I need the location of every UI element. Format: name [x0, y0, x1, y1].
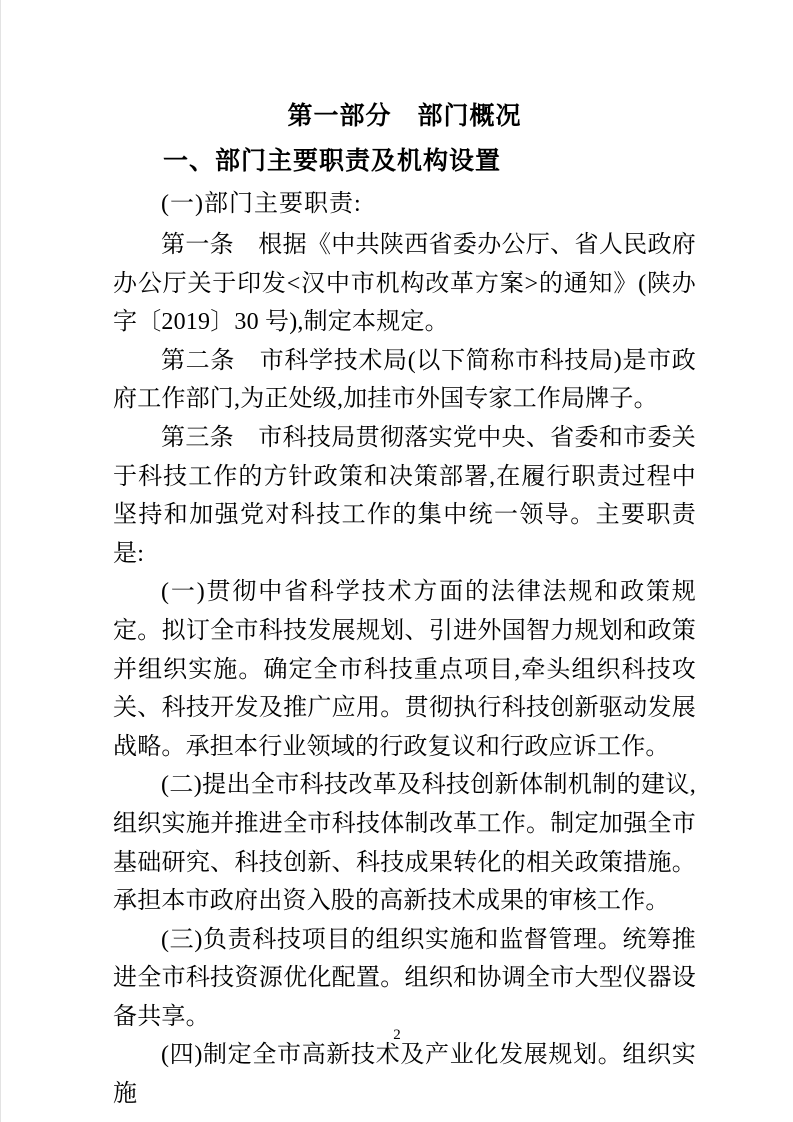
subsection-heading: (一)部门主要职责: — [113, 188, 696, 220]
body-paragraph: 第三条 市科技局贯彻落实党中央、省委和市委关于科技工作的方针政策和决策部署,在履… — [113, 419, 696, 573]
body-paragraph: (三)负责科技项目的组织实施和监督管理。统筹推进全市科技资源优化配置。组织和协调… — [113, 921, 696, 1037]
body-text: 第一条 根据《中共陕西省委办公厅、省人民政府办公厅关于印发<汉中市机构改革方案>… — [113, 226, 696, 1114]
body-paragraph: (一)贯彻中省科学技术方面的法律法规和政策规定。拟订全市科技发展规划、引进外国智… — [113, 573, 696, 766]
document-title: 第一部分 部门概况 — [113, 100, 696, 134]
page-number: 2 — [1, 1027, 793, 1044]
body-paragraph: 第一条 根据《中共陕西省委办公厅、省人民政府办公厅关于印发<汉中市机构改革方案>… — [113, 226, 696, 342]
document-content: 第一部分 部门概况 一、部门主要职责及机构设置 (一)部门主要职责: 第一条 根… — [113, 100, 696, 1114]
body-paragraph: (四)制定全市高新技术及产业化发展规划。组织实施 — [113, 1036, 696, 1113]
body-paragraph: 第二条 市科学技术局(以下简称市科技局)是市政府工作部门,为正处级,加挂市外国专… — [113, 342, 696, 419]
body-paragraph: (二)提出全市科技改革及科技创新体制机制的建议,组织实施并推进全市科技体制改革工… — [113, 766, 696, 920]
section-heading: 一、部门主要职责及机构设置 — [113, 146, 696, 178]
document-page: 第一部分 部门概况 一、部门主要职责及机构设置 (一)部门主要职责: 第一条 根… — [0, 0, 793, 1122]
